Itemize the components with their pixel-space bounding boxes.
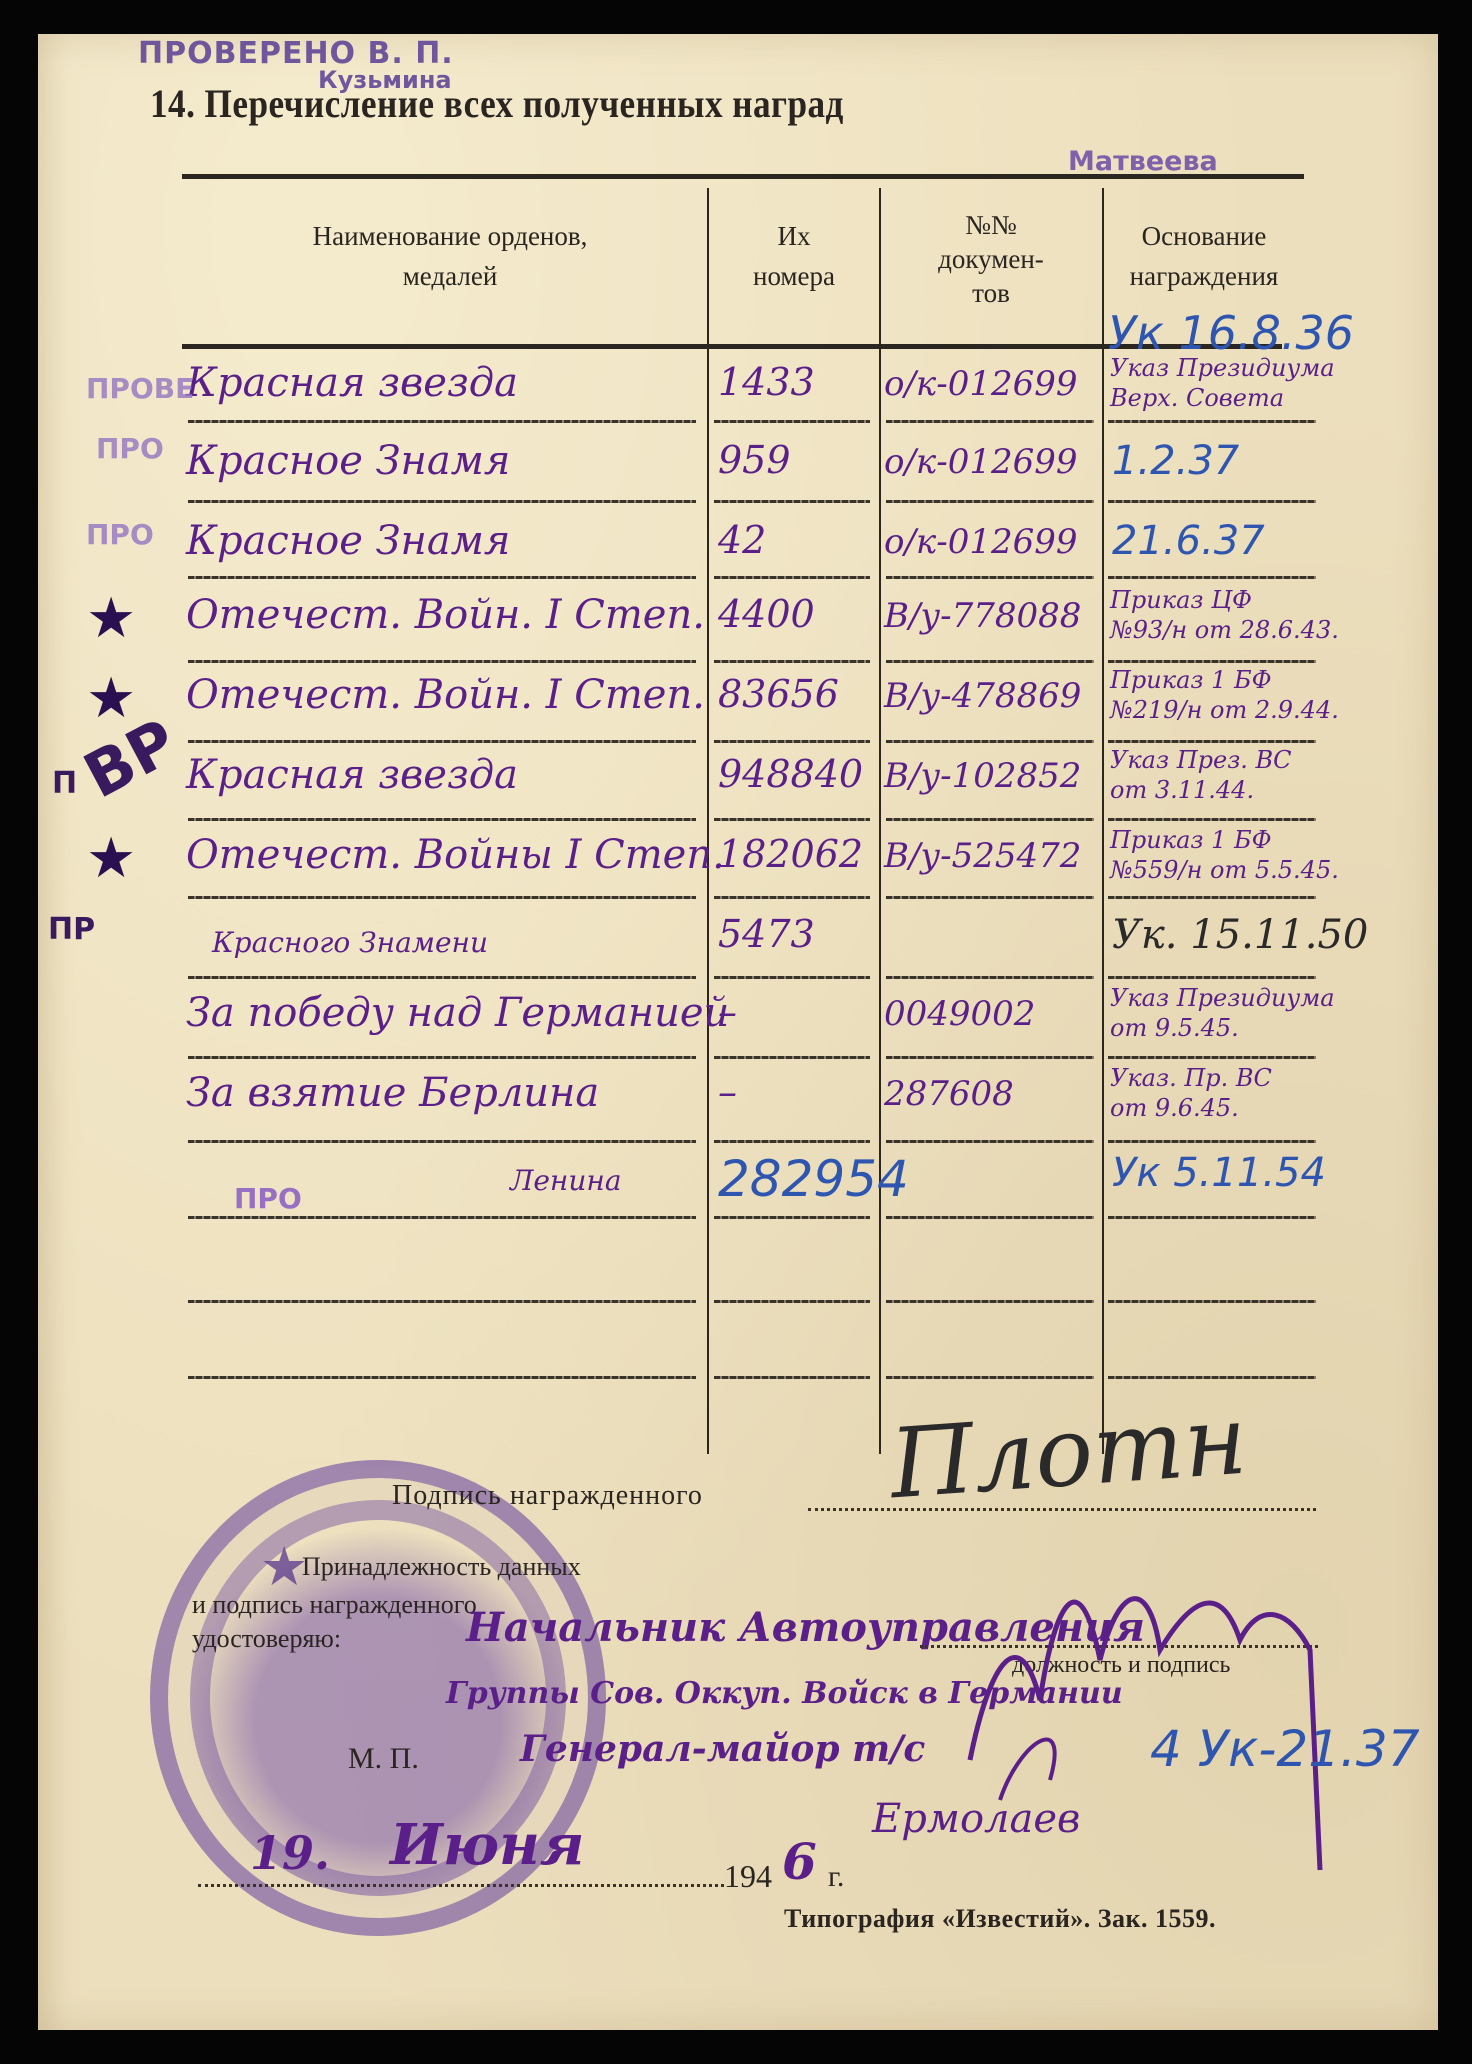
row-rule [886,576,1094,579]
row-rule [1108,420,1316,423]
award-basis-detail: от 9.6.45. [1110,1094,1239,1122]
award-basis-detail: Верх. Совета [1110,384,1284,412]
header-document-number-line3: тов [882,276,1100,310]
row-rule [886,896,1094,899]
row-rule [1108,500,1316,503]
official-signature-scrawl [960,1540,1340,1880]
award-basis-detail: №559/н от 5.5.45. [1110,856,1339,884]
row-rule [714,818,870,821]
header-document-number: №№ докумен- тов [882,208,1100,310]
award-number: 1433 [718,360,815,404]
row-rule [1108,740,1316,743]
document-number: 287608 [884,1074,1014,1114]
row-rule [188,1376,696,1379]
award-name: Отечест. Войн. I Степ. [186,672,705,718]
row-rule [188,576,696,579]
row-rule [188,740,696,743]
row-rule [714,576,870,579]
certify-line-3: удостоверяю: [192,1624,341,1654]
award-name: Красного Знамени [212,926,488,959]
row-rule [188,420,696,423]
header-award-number-line1: Их [710,216,878,256]
row-rule [188,976,696,979]
award-number: 182062 [718,832,863,876]
document-number: о/к-012699 [884,522,1078,562]
row-rule [188,660,696,663]
section-title: 14. Перечисление всех полученных наград [150,80,844,127]
margin-stamp-pr2: ПР [48,912,95,947]
header-award-number-line2: номера [710,256,878,296]
row-rule [1108,1056,1316,1059]
document-number: В/у-102852 [884,756,1081,796]
certify-line-1: Принадлежность данных [302,1552,581,1582]
date-year-g: г. [828,1860,844,1894]
award-basis: Приказ ЦФ [1110,586,1252,614]
award-number: 4400 [718,592,815,636]
award-basis: 21.6.37 [1112,518,1265,564]
row-rule [188,500,696,503]
award-name: Отечест. Войн. I Степ. [186,592,705,638]
header-award-name-line1: Наименование орденов, [200,216,700,256]
row-rule [714,500,870,503]
row-rule [714,1216,870,1219]
row-rule [188,818,696,821]
award-basis: Приказ 1 БФ [1110,826,1272,854]
award-number: 282954 [718,1150,909,1208]
award-number: 83656 [718,672,839,716]
margin-stamp-1: ПРОВЕ [86,372,194,405]
award-basis-detail: от 3.11.44. [1110,776,1254,804]
margin-stamp-bottom: ПРО [234,1182,302,1215]
award-basis: Указ Президиума [1110,354,1335,382]
date-year-suffix: 6 [782,1832,817,1891]
row-rule [188,896,696,899]
header-award-basis: Основание награждения [1104,216,1304,296]
document-number: В/у-778088 [884,596,1081,636]
row-rule [714,976,870,979]
award-number: – [718,990,737,1034]
award-name: Красное Знамя [186,438,510,484]
document-number: В/у-478869 [884,676,1081,716]
award-basis: Приказ 1 БФ [1110,666,1272,694]
column-divider-1 [707,188,709,1454]
document-number: 0049002 [884,994,1035,1034]
award-basis: Ук 5.11.54 [1112,1150,1326,1196]
row-rule [886,1300,1094,1303]
row-rule [1108,1300,1316,1303]
official-title-line-3: Генерал-майор т/с [520,1728,925,1770]
signature-scrawl-icon [960,1540,1340,1880]
row-rule [1108,818,1316,821]
row-rule [886,660,1094,663]
row-rule [714,1056,870,1059]
row-rule [714,420,870,423]
header-award-number: Их номера [710,216,878,296]
award-number: 959 [718,438,791,482]
header-annotation: Ук 16.8.36 [1108,306,1354,360]
award-basis: Указ Президиума [1110,984,1335,1012]
row-rule [188,1216,696,1219]
row-rule [1108,1376,1316,1379]
margin-stamp-2: ПРО [96,432,164,465]
printer-imprint: Типография «Известий». Зак. 1559. [784,1904,1216,1934]
document-number: В/у-525472 [884,836,1081,876]
award-number: 948840 [718,752,863,796]
award-basis-detail: от 9.5.45. [1110,1014,1239,1042]
row-rule [886,420,1094,423]
award-name: За взятие Берлина [186,1070,599,1116]
date-line [198,1884,724,1887]
date-year-prefix: 194 [724,1858,772,1895]
row-rule [886,740,1094,743]
award-name: Ленина [510,1164,622,1197]
row-rule [886,500,1094,503]
header-document-number-line1: №№ [882,208,1100,242]
column-divider-2 [879,188,881,1454]
margin-stamp-pr: П [52,766,77,801]
blue-annotation: 4 Ук-21.37 [1150,1720,1420,1778]
row-rule [886,976,1094,979]
row-rule [188,1056,696,1059]
certify-line-2: и подпись награжденного [192,1590,477,1620]
row-rule [714,660,870,663]
row-rule [886,1056,1094,1059]
award-name: Отечест. Войны I Степ. [186,832,725,878]
row-rule [1108,1216,1316,1219]
award-name: Красная звезда [186,752,518,798]
row-rule [886,1216,1094,1219]
column-divider-3 [1102,188,1104,1454]
header-award-basis-line1: Основание [1104,216,1304,256]
award-name: За победу над Германией [186,990,729,1036]
header-document-number-line2: докумен- [882,242,1100,276]
date-day: 19. [250,1826,330,1880]
row-rule [1108,660,1316,663]
star-mark-icon: ★ [86,586,136,651]
award-basis-detail: №93/н от 28.6.43. [1110,616,1339,644]
award-name: Красная звезда [186,360,518,406]
header-award-name: Наименование орденов, медалей [200,216,700,296]
row-rule [714,1140,870,1143]
date-month: Июня [390,1812,584,1878]
award-name: Красное Знамя [186,518,510,564]
award-basis: Указ През. ВС [1110,746,1292,774]
row-rule [886,1376,1094,1379]
row-rule [1108,1140,1316,1143]
award-basis: 1.2.37 [1112,438,1239,484]
document-number: о/к-012699 [884,442,1078,482]
margin-stamp-3: ПРО [86,518,154,551]
award-number: 42 [718,518,766,562]
row-rule [1108,576,1316,579]
header-award-name-line2: медалей [200,256,700,296]
seal-label: М. П. [348,1742,419,1776]
award-number: – [718,1070,737,1114]
row-rule [714,896,870,899]
award-basis-detail: №219/н от 2.9.44. [1110,696,1339,724]
row-rule [188,1300,696,1303]
award-basis: Указ. Пр. ВС [1110,1064,1272,1092]
document-number: о/к-012699 [884,364,1078,404]
row-rule [714,740,870,743]
awardee-signature-label: Подпись награжденного [392,1480,703,1512]
row-rule [886,818,1094,821]
award-basis: Ук. 15.11.50 [1112,912,1368,958]
row-rule [714,1376,870,1379]
table-top-rule [182,174,1304,179]
row-rule [1108,896,1316,899]
row-rule [188,1140,696,1143]
row-rule [1108,976,1316,979]
star-mark-icon: ★ [86,826,136,891]
checked-stamp-right: Матвеева [1068,146,1218,177]
award-number: 5473 [718,912,815,956]
row-rule [886,1140,1094,1143]
row-rule [714,1300,870,1303]
header-award-basis-line2: награждения [1104,256,1304,296]
